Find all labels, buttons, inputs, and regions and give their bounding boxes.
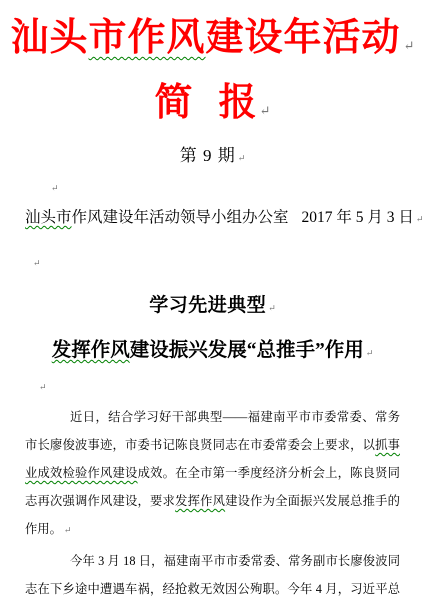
bulletin-document-page: 汕头市作风建设年活动↵ 简报↵ 第 9 期↵ ↵ 汕头市作风建设年活动领导小组办… [0,0,425,608]
body-text-wavy-underlined: 抓事 [375,438,400,452]
issue-number-text: 第 9 期 [180,146,236,165]
article-heading-line2: 发挥作风建设振兴发展“总推手”作用↵ [0,334,425,362]
heading-text: 学习先进典型 [149,295,266,316]
title-text-post: 建设年活动 [206,17,401,59]
title2-char2: 报 [219,82,257,124]
issue-date: 2017 年 5 月 3 日 [302,209,414,226]
bulletin-title-line2: 简报↵ [0,71,425,126]
empty-paragraph-mark-icon: ↵ [51,183,59,194]
title-text-pre: 汕头 [11,17,89,59]
paragraph2-line2: 志在下乡途中遭遇车祸，经抢救无效因公殉职。今年 4 月，习近平总 [25,575,400,603]
empty-paragraph-mark-icon: ↵ [33,258,41,269]
paragraph2-line1: 今年 3 月 18 日，福建南平市市委常委、常务副市长廖俊波同 [25,547,400,575]
body-text: 市长廖俊波事迹，市委书记陈良贤同志在市委常委会上要求，以 [25,438,375,452]
title2-char1: 简 [155,82,193,124]
issuer-text-wavy-underlined: 汕头市 [25,209,72,226]
paragraph-mark-icon: ↵ [260,103,271,118]
issue-number: 第 9 期↵ [0,141,425,166]
bulletin-title-line1: 汕头市作风建设年活动↵ [0,6,425,61]
heading-text: 建设振兴发展“总推手”作用 [130,340,364,361]
paragraph-mark-icon: ↵ [404,38,415,53]
heading-text-wavy-underlined: 发挥作风 [52,340,130,361]
body-text: 近日，结合学习好干部典型——福建南平市市委常委、常务副 [70,410,400,431]
issuer-text: 作风建设年活动领导小组办公室 [72,209,289,226]
paragraph1-line3: 业成效检验作风建设成效。在全市第一季度经济分析会上，陈良贤同 [25,459,400,487]
paragraph1-line4: 志再次强调作风建设，要求发挥作风建设作为全面振兴发展总推手的 [25,487,400,515]
body-text-wavy-underlined: 发挥作风 [175,494,225,508]
article-heading-line1: 学习先进典型↵ [0,290,425,317]
body-text: 志在下乡途中遭遇车祸，经抢救无效因公殉职。今年 4 月，习近平总 [25,582,400,596]
paragraph-mark-icon: ↵ [64,525,72,535]
paragraph-mark-icon: ↵ [238,153,246,163]
paragraph-mark-icon: ↵ [416,214,424,224]
article-body: 近日，结合学习好干部典型——福建南平市市委常委、常务副 市长廖俊波事迹，市委书记… [25,403,400,603]
body-text: 建设作为全面振兴发展总推手的 [225,494,400,508]
body-text: 作用。 [25,522,62,536]
title-text-wavy-underlined: 市作风 [89,17,206,59]
body-text: 今年 3 月 18 日，福建南平市市委常委、常务副市长廖俊波同 [70,554,400,568]
paragraph1-line2: 市长廖俊波事迹，市委书记陈良贤同志在市委常委会上要求，以抓事 [25,431,400,459]
paragraph1-line1: 近日，结合学习好干部典型——福建南平市市委常委、常务副 [25,403,400,431]
body-text-wavy-underlined: 业成效检验作风建设 [25,466,138,480]
issuer-date-line: 汕头市作风建设年活动领导小组办公室2017 年 5 月 3 日↵ [25,205,405,227]
paragraph-mark-icon: ↵ [268,303,276,313]
empty-paragraph-mark-icon: ↵ [39,382,47,393]
paragraph1-line5: 作用。↵ [25,515,400,543]
body-text: 志再次强调作风建设，要求 [25,494,175,508]
body-text: 成效。在全市第一季度经济分析会上，陈良贤同 [138,466,400,480]
paragraph-mark-icon: ↵ [366,348,374,358]
